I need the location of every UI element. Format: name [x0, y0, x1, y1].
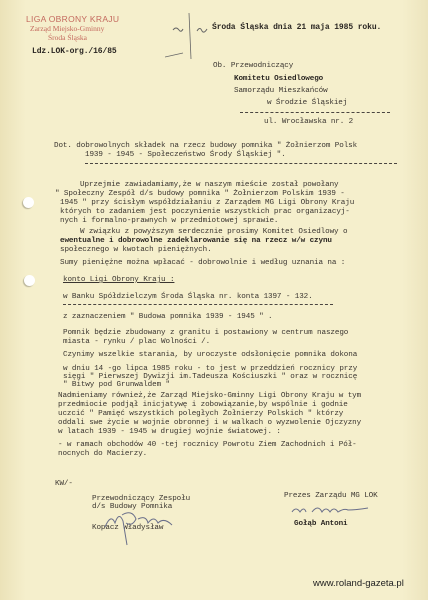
recipient-underline — [240, 112, 390, 113]
paragraph-5: Czynimy wszelkie starania, by uroczyste … — [63, 351, 357, 360]
paragraph-7-line-1: Nadmieniamy również,że Zarząd Miejsko-Gm… — [58, 392, 361, 401]
organization-stamp: LIGA OBRONY KRAJU Zarząd Miejsko-Gminny … — [26, 14, 119, 42]
stamp-line-3: Środa Śląska — [48, 33, 119, 42]
paragraph-8-line-1: - w ramach obchodów 40 -tej rocznicy Pow… — [58, 441, 357, 450]
paragraph-2-line-2: ewentualne i dobrowolne zadeklarowanie s… — [60, 237, 332, 246]
paragraph-7-line-4: oddali swe życie w wojnie obronnej i w w… — [58, 419, 361, 428]
left-signature-icon — [100, 505, 175, 547]
bank-underline — [63, 304, 333, 305]
paragraph-7-line-5: w latach 1939 - 1945 w drugiej wojnie św… — [58, 428, 281, 437]
stamp-line-2: Zarząd Miejsko-Gminny — [30, 24, 119, 33]
stamp-line-1: LIGA OBRONY KRAJU — [26, 14, 119, 24]
paragraph-6-line-3: " Bitwy pod Grunwaldem " — [63, 381, 170, 390]
reference-number: Ldz.LOK-org./16/85 — [32, 47, 117, 56]
paragraph-7-line-2: przedmiocie podjął inicjatywę i zobowiąz… — [58, 401, 348, 410]
margin-annotation-icon — [165, 5, 215, 60]
recipient-line-3: Samorządu Mieszkańców — [234, 87, 328, 96]
right-signatory-title: Prezes Zarządu MG LOK — [284, 492, 378, 501]
paragraph-1-line-5: nych i formalno-prawnych w przedmiotowej… — [60, 217, 278, 226]
document-page: LIGA OBRONY KRAJU Zarząd Miejsko-Gminny … — [0, 0, 428, 600]
subject-line-2: 1939 - 1945 - Społeczeństwo Środy Śląski… — [85, 151, 286, 160]
account-label: konto Ligi Obrony Kraju : — [63, 276, 174, 285]
paragraph-7-line-3: uczcić " Pamięć wszystkich poległych Żoł… — [58, 410, 343, 419]
payment-instruction: Sumy pieniężne można wpłacać - dobrowoln… — [60, 259, 345, 268]
document-date: Środa Śląska dnia 21 maja 1985 roku. — [212, 23, 381, 32]
right-signatory-name: Gołąb Antoni — [294, 520, 347, 529]
paragraph-4-line-2: miasta - rynku / plac Wolności /. — [63, 338, 210, 347]
recipient-line-2: Komitetu Osiedlowego — [234, 75, 323, 84]
recipient-line-5: ul. Wrocławska nr. 2 — [264, 118, 353, 127]
payment-note: z zaznaczeniem " Budowa pomnika 1939 - 1… — [63, 313, 272, 322]
recipient-line-4: w Środzie Śląskiej — [267, 99, 347, 108]
paragraph-4-line-1: Pomnik będzie zbudowany z granitu i post… — [63, 329, 348, 338]
paragraph-1-line-4: których to zadaniem jest poczynienie wsz… — [60, 208, 350, 217]
right-signature-icon — [290, 502, 380, 518]
paragraph-2-line-1: W związku z powyższym serdecznie prosimy… — [80, 228, 347, 237]
typist-initials: KW/- — [55, 480, 73, 489]
paragraph-2-line-3: społecznego w kwotach pieniężnych. — [60, 246, 212, 255]
recipient-line-1: Ob. Przewodniczący — [213, 62, 293, 71]
subject-line-1: Dot. dobrowolnych składek na rzecz budow… — [54, 142, 357, 151]
hole-punch-top — [23, 197, 34, 208]
watermark: www.roland-gazeta.pl — [313, 578, 404, 589]
paragraph-1-line-1: Uprzejmie zawiadamiamy,że w naszym mieśc… — [80, 181, 339, 190]
paragraph-1-line-2: " Społeczny Zespół d/s budowy pomnika " … — [55, 190, 345, 199]
bank-account: w Banku Spółdzielczym Środa Śląska nr. k… — [63, 293, 313, 302]
paragraph-8-line-2: nocnych do Macierzy. — [58, 450, 147, 459]
paragraph-1-line-3: 1945 " przy ścisłym współdziałaniu z Zar… — [60, 199, 354, 208]
subject-underline — [85, 163, 397, 164]
hole-punch-bottom — [24, 275, 35, 286]
